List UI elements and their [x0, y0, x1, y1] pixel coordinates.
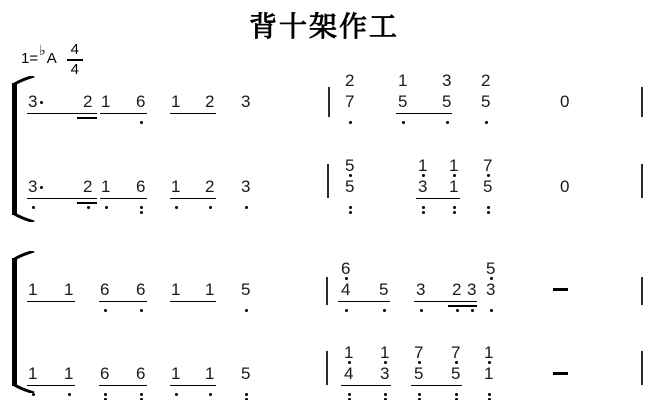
chord-top-digit: 7 — [483, 157, 492, 174]
chord-bottom-digit: 3 — [418, 178, 427, 195]
barline — [641, 164, 643, 198]
octave-dot — [245, 393, 248, 396]
beam-line — [341, 385, 391, 387]
octave-dot — [420, 309, 423, 312]
note-digit: 1 — [205, 281, 214, 298]
note-digit: 1 — [101, 178, 110, 195]
octave-dot — [453, 206, 456, 209]
note-digit: 6 — [136, 93, 145, 110]
note-digit: 1 — [171, 365, 180, 382]
chord-bottom-digit: 7 — [345, 93, 354, 110]
barline — [641, 87, 643, 117]
octave-dot — [104, 309, 107, 312]
beam-line — [100, 198, 147, 200]
note-digit: 1 — [64, 281, 73, 298]
barline — [326, 277, 328, 305]
octave-dot — [140, 309, 143, 312]
chord-top-digit: 7 — [414, 344, 423, 361]
beam-line — [100, 113, 147, 115]
beam-line — [414, 301, 477, 303]
barline — [641, 351, 643, 385]
chord-top-digit: 2 — [345, 72, 354, 89]
octave-dot — [245, 206, 248, 209]
note-digit: 5 — [241, 365, 250, 382]
note-digit: 3 — [241, 93, 250, 110]
octave-dot — [140, 206, 143, 209]
chord-bottom-digit: 5 — [481, 93, 490, 110]
octave-dot — [422, 211, 425, 214]
octave-dot — [384, 393, 387, 396]
note-digit: 2 — [205, 93, 214, 110]
barline — [327, 164, 329, 198]
note-digit: 1 — [205, 365, 214, 382]
chord-top-digit: 2 — [481, 72, 490, 89]
chord-top-digit: 3 — [442, 72, 451, 89]
beam-line — [77, 202, 97, 204]
barline — [326, 351, 328, 385]
octave-dot — [349, 211, 352, 214]
chord-top-digit: 1 — [484, 344, 493, 361]
note-digit: 2 — [452, 281, 461, 298]
note-digit: 5 — [241, 281, 250, 298]
chord-bottom-digit: 5 — [345, 178, 354, 195]
octave-dot — [175, 393, 178, 396]
chord-bottom-digit: 5 — [414, 365, 423, 382]
beam-line — [27, 198, 97, 200]
note-digit: 6 — [136, 178, 145, 195]
beam-line — [448, 305, 477, 307]
chord-top-digit: 6 — [341, 260, 350, 277]
octave-dot — [140, 393, 143, 396]
beam-line — [99, 385, 147, 387]
beam-line — [338, 301, 390, 303]
octave-dot — [471, 309, 474, 312]
beam-line — [99, 301, 147, 303]
chord-bottom-digit: 1 — [449, 178, 458, 195]
chord-bottom-digit: 5 — [451, 365, 460, 382]
octave-dot — [446, 121, 449, 124]
rest-digit: 0 — [560, 93, 569, 110]
beam-line — [416, 198, 460, 200]
note-digit: 3 — [467, 281, 476, 298]
octave-dot — [490, 309, 493, 312]
sheet-music-page: 背十架作工 1=♭A 4 4 3216123271535250321612355… — [0, 0, 648, 400]
system-bracket-icon — [9, 251, 35, 393]
octave-dot — [456, 309, 459, 312]
note-digit: 2 — [83, 178, 92, 195]
octave-dot — [453, 211, 456, 214]
duration-dot — [40, 186, 43, 189]
octave-dot — [104, 393, 107, 396]
octave-dot — [455, 393, 458, 396]
note-digit: 1 — [64, 365, 73, 382]
octave-dot — [487, 206, 490, 209]
note-digit: 1 — [171, 178, 180, 195]
score: 3216123271535250321612355131175011661156… — [0, 0, 648, 400]
beam-line — [396, 113, 452, 115]
beam-line — [411, 385, 462, 387]
chord-top-digit: 1 — [344, 344, 353, 361]
octave-dot — [175, 206, 178, 209]
note-digit: 3 — [241, 178, 250, 195]
chord-top-digit: 1 — [449, 157, 458, 174]
rest-digit: 0 — [560, 178, 569, 195]
chord-bottom-digit: 3 — [486, 281, 495, 298]
octave-dot — [383, 309, 386, 312]
octave-dot — [140, 121, 143, 124]
half-note-dash — [553, 288, 568, 291]
chord-bottom-digit: 5 — [483, 178, 492, 195]
chord-bottom-digit: 4 — [344, 365, 353, 382]
octave-dot — [485, 121, 488, 124]
system-bracket-icon — [9, 76, 35, 222]
octave-dot — [349, 121, 352, 124]
chord-bottom-digit: 4 — [341, 281, 350, 298]
octave-dot — [349, 206, 352, 209]
octave-dot — [345, 309, 348, 312]
beam-line — [170, 301, 216, 303]
octave-dot — [402, 121, 405, 124]
note-digit: 1 — [101, 93, 110, 110]
barline — [641, 277, 643, 305]
note-digit: 2 — [83, 93, 92, 110]
octave-dot — [140, 211, 143, 214]
chord-top-digit: 5 — [345, 157, 354, 174]
beam-line — [77, 117, 97, 119]
beam-line — [170, 385, 216, 387]
chord-bottom-digit: 5 — [398, 93, 407, 110]
half-note-dash — [553, 372, 568, 375]
chord-top-digit: 1 — [418, 157, 427, 174]
note-digit: 5 — [379, 281, 388, 298]
octave-dot — [487, 211, 490, 214]
beam-line — [170, 113, 216, 115]
chord-bottom-digit: 3 — [380, 365, 389, 382]
note-digit: 1 — [171, 281, 180, 298]
octave-dot — [348, 393, 351, 396]
octave-dot — [209, 393, 212, 396]
note-digit: 6 — [136, 281, 145, 298]
note-digit: 1 — [171, 93, 180, 110]
octave-dot — [209, 206, 212, 209]
beam-line — [170, 198, 216, 200]
octave-dot — [422, 206, 425, 209]
note-digit: 3 — [416, 281, 425, 298]
chord-bottom-digit: 1 — [484, 365, 493, 382]
chord-top-digit: 1 — [380, 344, 389, 361]
octave-dot — [418, 393, 421, 396]
octave-dot — [68, 393, 71, 396]
note-digit: 6 — [136, 365, 145, 382]
octave-dot — [245, 309, 248, 312]
duration-dot — [40, 101, 43, 104]
note-digit: 6 — [100, 365, 109, 382]
note-digit: 2 — [205, 178, 214, 195]
chord-top-digit: 7 — [451, 344, 460, 361]
octave-dot — [105, 206, 108, 209]
chord-bottom-digit: 5 — [442, 93, 451, 110]
barline — [328, 87, 330, 117]
chord-top-digit: 1 — [398, 72, 407, 89]
beam-line — [27, 113, 97, 115]
octave-dot — [87, 206, 90, 209]
note-digit: 6 — [100, 281, 109, 298]
chord-top-digit: 5 — [486, 260, 495, 277]
octave-dot — [488, 393, 491, 396]
